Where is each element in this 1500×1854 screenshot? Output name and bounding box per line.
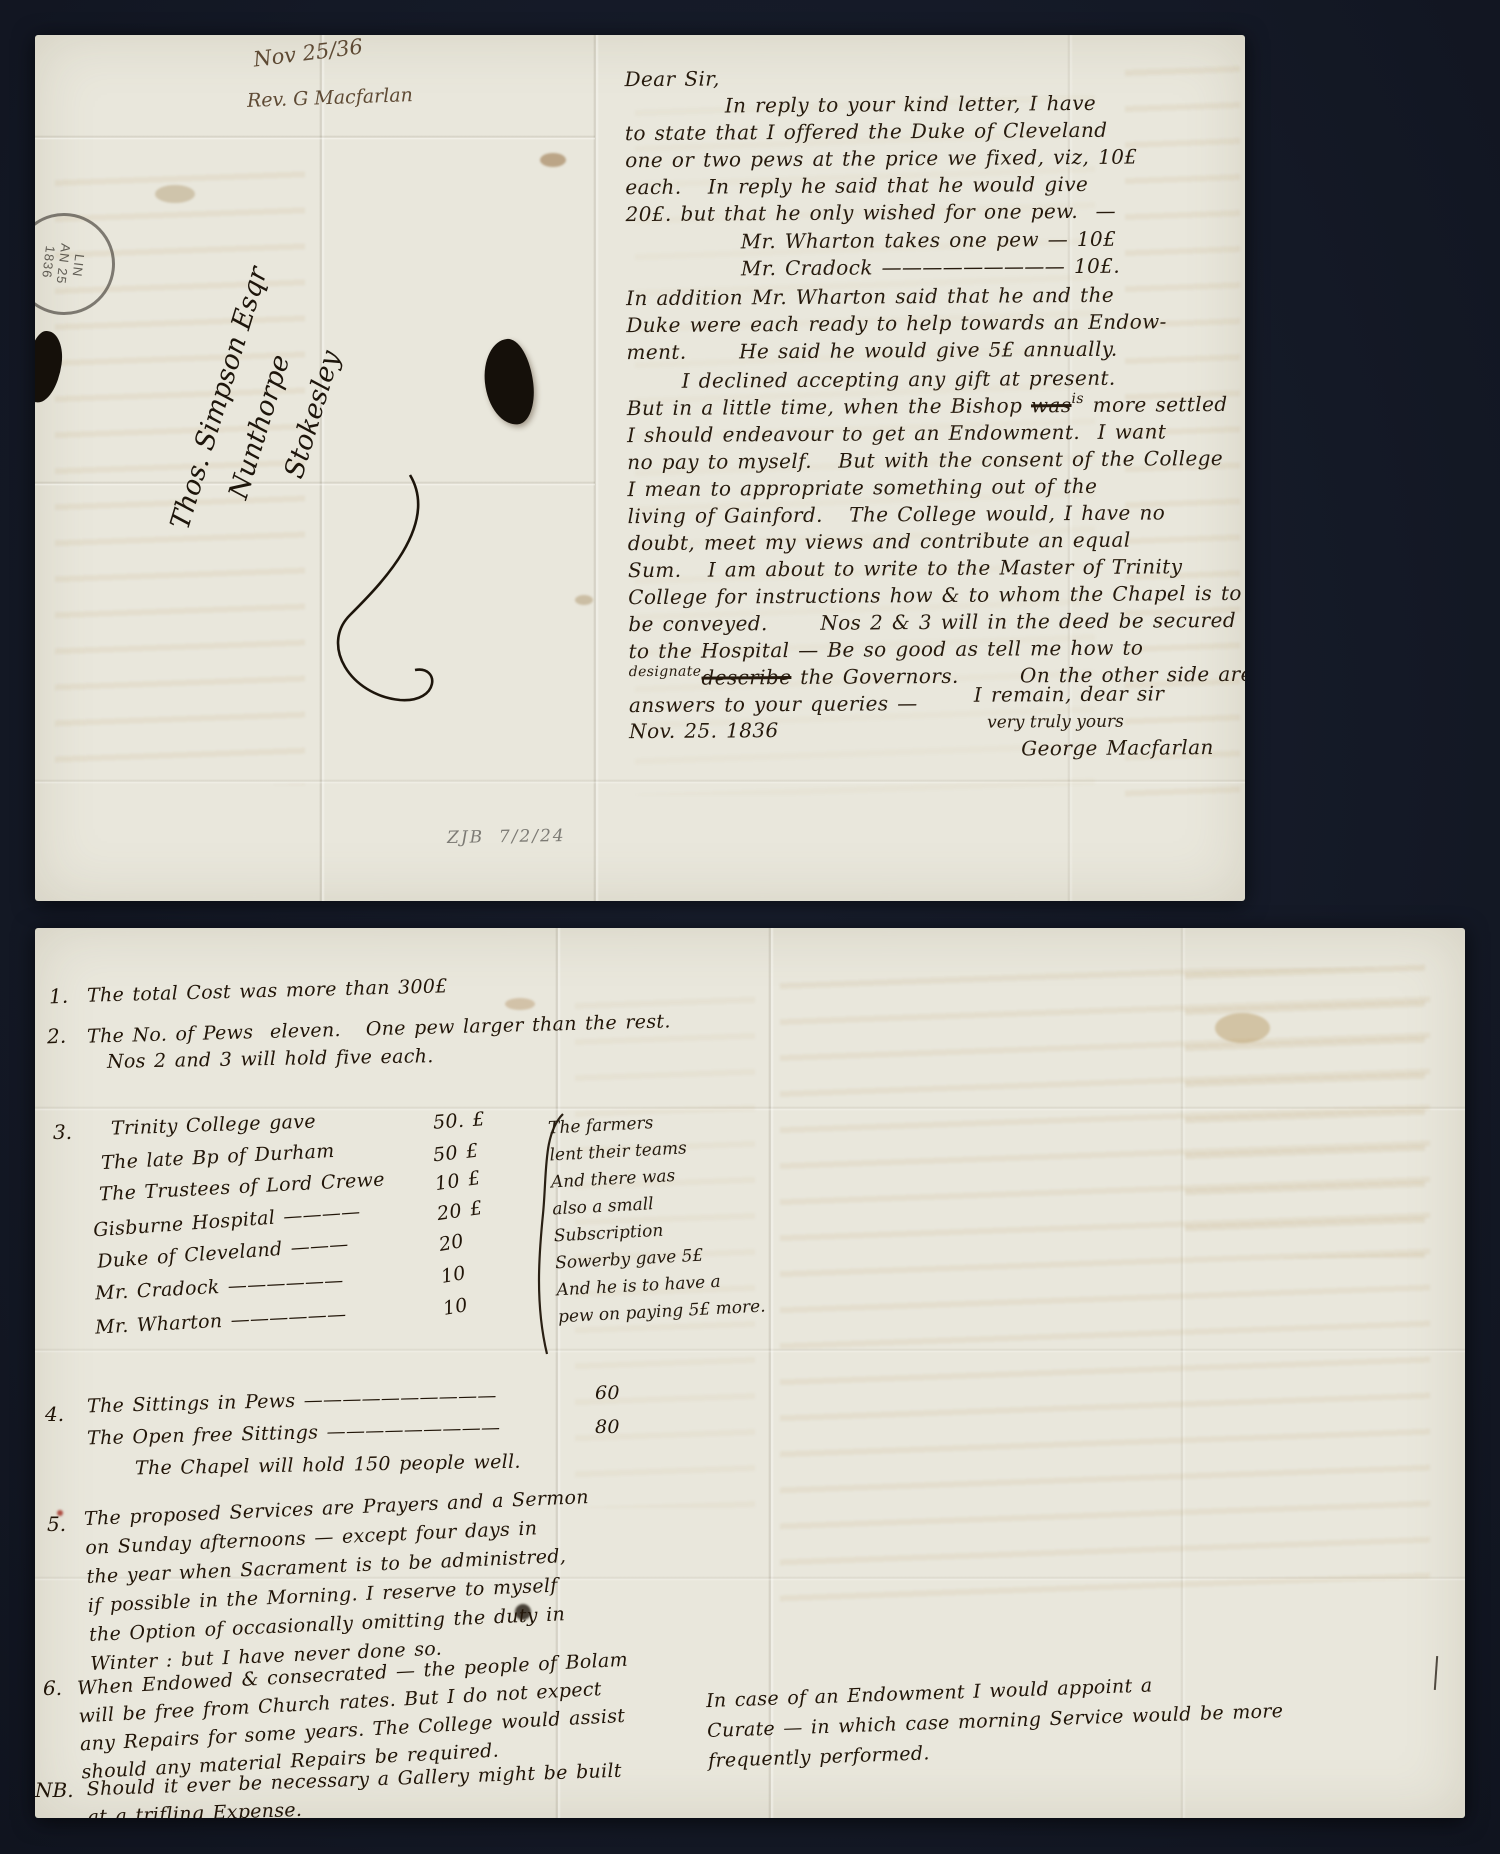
pen-flourish: [290, 465, 490, 725]
letter-line: each. In reply he said that he would giv…: [625, 172, 1088, 199]
answer-5-text: The proposed Services are Prayers and a …: [83, 1483, 595, 1679]
sittings-row-label: The Open free Sittings —————————: [87, 1417, 501, 1450]
letter-line: doubt, meet my views and contribute an e…: [628, 528, 1131, 556]
letter-line: one or two pews at the price we fixed, v…: [625, 145, 1137, 173]
letter-line: In addition Mr. Wharton said that he and…: [626, 283, 1114, 310]
donor-amount: 20 £: [436, 1197, 484, 1225]
letter-date: Nov. 25. 1836: [629, 718, 779, 743]
answer-2-line: Nos 2 and 3 will hold five each.: [107, 1045, 434, 1073]
letter-line: I mean to appropriate something out of t…: [627, 474, 1097, 501]
donor-name: Duke of Cleveland ———: [97, 1233, 350, 1273]
letter-body: Dear Sir, In reply to your kind letter, …: [624, 63, 1244, 787]
scan-background: Nov 25/36 Rev. G Macfarlan LIN AN 25 183…: [0, 0, 1500, 1854]
letter-line: Dear Sir,: [624, 66, 719, 91]
letter-closing-remain: I remain, dear sir: [974, 681, 1165, 706]
paper-stain: [505, 998, 535, 1010]
inserted-word: is: [1071, 391, 1084, 407]
letter-line: Mr. Cradock ————————— 10£.: [741, 254, 1120, 281]
bleed-through: [1185, 958, 1425, 1258]
letter-signature: George Macfarlan: [1021, 735, 1214, 760]
chapel-capacity: The Chapel will hold 150 people well.: [135, 1451, 521, 1480]
donor-name: The late Bp of Durham: [101, 1140, 335, 1174]
postmark-line: LIN: [70, 253, 88, 278]
letter-line-with-correction: But in a little time, when the Bishop wa…: [627, 392, 1228, 420]
letter-sheet-front: Nov 25/36 Rev. G Macfarlan LIN AN 25 183…: [35, 35, 1245, 901]
answer-number: 5.: [47, 1512, 66, 1536]
answer-number: 1.: [49, 984, 69, 1009]
letter-line: 20£. but that he only wished for one pew…: [625, 199, 1116, 226]
fold-crease-center: [593, 35, 599, 901]
paper-stain: [1215, 1013, 1270, 1043]
paper-stain: [575, 595, 593, 605]
donor-amount: 50 £: [432, 1140, 480, 1167]
letter-line: ment. He said he would give 5£ annually.: [626, 337, 1117, 364]
letter-line: living of Gainford. The College would, I…: [628, 500, 1166, 528]
answer-2-line: The No. of Pews eleven. One pew larger t…: [87, 1010, 671, 1047]
letter-line: Duke were each ready to help towards an …: [626, 309, 1167, 337]
answer-number: 6.: [43, 1676, 62, 1700]
answer-number: 2.: [47, 1024, 67, 1049]
donor-name: Mr. Wharton ——————: [95, 1303, 347, 1338]
wax-seal: [481, 337, 538, 428]
archival-name-note: Rev. G Macfarlan: [247, 84, 414, 112]
wax-seal-remnant: [35, 329, 66, 405]
fold-crease: [35, 135, 595, 140]
letter-text: more settled: [1084, 392, 1228, 417]
nb-label: NB.: [35, 1778, 74, 1802]
donor-list: Trinity College gave 50. £ The late Bp o…: [93, 1114, 553, 1354]
letter-line: be conveyed. Nos 2 & 3 will in the deed …: [628, 608, 1236, 636]
letter-line: I should endeavour to get an Endowment. …: [627, 419, 1166, 447]
postmark-stamp: LIN AN 25 1836: [35, 207, 121, 321]
bleed-through: [780, 968, 1430, 1608]
answer-number: 4.: [45, 1402, 64, 1426]
donor-name: Mr. Cradock ——————: [95, 1270, 344, 1305]
answer-1-text: The total Cost was more than 300£: [87, 975, 448, 1006]
letter-valediction: very truly yours: [987, 712, 1124, 733]
donor-amount: 10: [441, 1294, 469, 1320]
letter-closing-queries: answers to your queries —: [629, 691, 918, 717]
struck-word: was: [1031, 393, 1072, 417]
letter-line: Mr. Wharton takes one pew — 10£: [741, 227, 1117, 254]
inserted-word: designate: [629, 664, 702, 681]
letter-line: Sum. I am about to write to the Master o…: [628, 554, 1183, 582]
catalog-note: ZJB 7/2/24: [447, 826, 566, 848]
answer-number: 3.: [53, 1120, 72, 1144]
curate-note: In case of an Endowment I would appoint …: [706, 1666, 1285, 1776]
donor-name: Trinity College gave: [111, 1110, 316, 1139]
donor-amount: 20: [437, 1230, 465, 1256]
archival-date-note: Nov 25/36: [252, 35, 364, 72]
ink-stain: [540, 153, 566, 167]
letter-text: But in a little time, when the Bishop: [627, 393, 1031, 420]
donor-amount: 50. £: [432, 1108, 485, 1134]
donor-name: The Trustees of Lord Crewe: [99, 1169, 386, 1206]
paper-stain: [155, 185, 195, 203]
letter-line: no pay to myself. But with the consent o…: [627, 446, 1223, 474]
letter-line: to state that I offered the Duke of Clev…: [625, 118, 1108, 145]
ink-mark: [1434, 1656, 1438, 1690]
donor-amount: 10 £: [434, 1167, 482, 1195]
letter-line: College for instructions how & to whom t…: [628, 581, 1242, 609]
donor-amount: 10: [439, 1262, 467, 1288]
letter-line: I declined accepting any gift at present…: [682, 366, 1116, 393]
struck-word: describe: [701, 665, 791, 690]
sittings-row-label: The Sittings in Pews ——————————: [87, 1385, 497, 1418]
letter-line: In reply to your kind letter, I have: [725, 91, 1097, 118]
answers-sheet: 1. The total Cost was more than 300£ 2. …: [35, 928, 1465, 1818]
sittings-row-amount: 60: [595, 1382, 620, 1404]
letter-line: to the Hospital — Be so good as tell me …: [628, 636, 1143, 664]
side-note: The farmers lent their teams And there w…: [547, 1105, 766, 1332]
sittings-row-amount: 80: [595, 1416, 620, 1438]
